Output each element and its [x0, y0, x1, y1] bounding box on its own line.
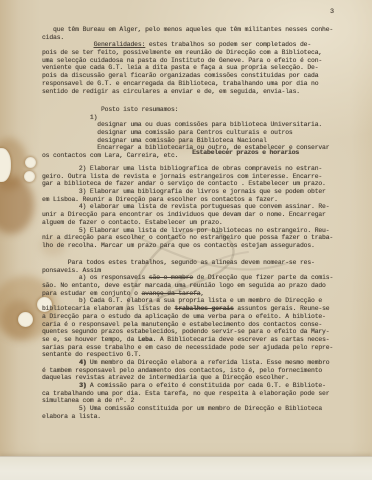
text-line: elabora a lista.	[42, 413, 329, 421]
text-line: pois da discussão geral ficarão organiza…	[42, 72, 333, 80]
text-line: 2) Elaborar uma lista bibliografica de o…	[42, 165, 333, 173]
text-line: Generalidades: estes trabalhos so podem …	[42, 41, 333, 49]
paragraph-block: 2) Elaborar uma lista bibliografica de o…	[42, 165, 333, 250]
text-line: sentido de redigir as circulares a envia…	[42, 88, 333, 96]
page-number: 3	[330, 8, 334, 16]
text-line: 5) Uma comissão constituida por um membr…	[42, 405, 329, 413]
text-line: responsavel de G.T. e encarregada da Bib…	[42, 80, 333, 88]
overtyped-correction: Estabelecer prazos e horarios	[192, 149, 299, 157]
punch-hole	[24, 171, 35, 182]
text-line: Posto isto resumamos:	[42, 106, 329, 114]
text-line: a) os responsaveis são o membro de Direc…	[42, 274, 333, 282]
text-line: daquelas revistas atravez de intermediar…	[42, 374, 329, 382]
text-line: Para todos estes trabalhos, segundo as a…	[42, 259, 333, 267]
text-line: pois de se ter feito, possivelmente em r…	[42, 49, 333, 57]
paragraph-block: 4) Um membro da Direcção elabora a refer…	[42, 359, 329, 421]
text-line: designar uma comissão para Centros cultu…	[42, 129, 329, 137]
text-line: designar uma ou duas comissões para bibl…	[42, 121, 329, 129]
text-line: 3) A comissão para o efeito é constituid…	[42, 382, 329, 390]
text-line: sentante do respectivo G.T.	[42, 351, 333, 359]
paragraph-block: Para todos estes trabalhos, segundo as a…	[42, 259, 333, 359]
punch-hole	[25, 157, 36, 168]
text-line: veniente que cada G.T. leia a dita pasta…	[42, 64, 333, 72]
punch-hole	[18, 312, 33, 327]
paper-stain	[0, 176, 34, 234]
text-line: a Direcção para o estudo da aplicação de…	[42, 313, 333, 321]
text-line: simultanea com a de nº. 2	[42, 397, 329, 405]
text-line: são. No entanto, deve estar marcada uma …	[42, 282, 333, 290]
text-line: nir a direcção para escolher o contacto …	[42, 234, 333, 242]
paper-bottom-edge	[0, 456, 372, 480]
text-line: 4) elaborar uma lista de revista portugu…	[42, 203, 333, 211]
text-line: gar a biblioteca de fazer andar o serviç…	[42, 180, 333, 188]
text-line: que têm Bureau em Alger, pelo menos aque…	[42, 26, 333, 34]
scanned-document-page: 3 que têm Bureau em Alger, pelo menos aq…	[0, 0, 372, 480]
text-line: 4) Um membro da Direcção elabora a refer…	[42, 359, 329, 367]
text-line: quentes segundo prazos estabelecidos, po…	[42, 328, 333, 336]
text-line: alguem de fazer o contacto. Estabelecer …	[42, 219, 333, 227]
text-line: 3) Elaborar uma bibliografia de livros e…	[42, 188, 333, 196]
punch-hole	[0, 148, 11, 182]
paragraph-block: que têm Bureau em Alger, pelo menos aque…	[42, 26, 333, 95]
text-line: b) Cada G.T. elabora a sua propria lista…	[42, 297, 333, 305]
text-line: se e, se houver tempo, da Leba. A Biblio…	[42, 336, 333, 344]
text-line: unir a Direcção para encontrar os indivi…	[42, 211, 333, 219]
text-line: lho de recolha. Marcar um prazo para que…	[42, 242, 333, 250]
text-line: bibliotecaria elaboram as listas de trab…	[42, 305, 333, 313]
